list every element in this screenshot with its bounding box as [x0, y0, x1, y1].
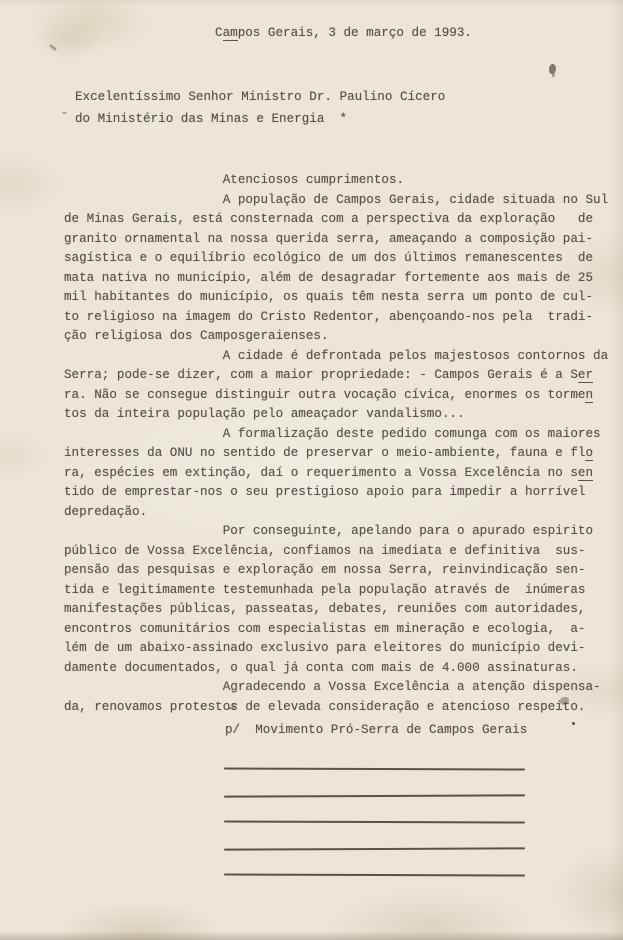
body-line: pensão das pesquisas e exploração em nos… — [64, 561, 608, 581]
ink-speck — [62, 112, 67, 114]
body-line: mata nativa no município, além de desagr… — [64, 269, 608, 289]
text-segment: Serra; pode-se dizer, com a maior propri… — [64, 368, 578, 382]
text-segment: lém de um abaixo-assinado exclusivo para… — [64, 641, 585, 655]
text-segment: Agradecendo a Vossa Excelência a atenção… — [64, 680, 601, 694]
body-line: tida e legitimamente testemunhada pela p… — [64, 581, 608, 601]
underlined-text: er — [578, 368, 593, 383]
text-segment: sagística e o equilíbrio ecológico de um… — [64, 251, 593, 265]
text-segment: pos Gerais, 3 de março de 1993. — [238, 26, 472, 40]
signature-line — [224, 873, 525, 876]
underlined-text: am — [223, 26, 238, 41]
body-line: de Minas Gerais, está consternada com a … — [64, 210, 608, 230]
body-line: ção religiosa dos Camposgeraienses. — [64, 327, 608, 347]
text-segment: tos da inteira população pelo ameaçador … — [64, 407, 465, 421]
body-line: A cidade é defrontada pelos majestosos c… — [64, 347, 608, 367]
body-line: mil habitantes do município, os quais tê… — [64, 288, 608, 308]
recipient-line: do Ministério das Minas e Energia * — [75, 108, 445, 130]
signature-line — [224, 794, 525, 797]
body-line: granito ornamental na nossa querida serr… — [64, 230, 608, 250]
body-line: Agradecendo a Vossa Excelência a atenção… — [64, 678, 608, 698]
body-line: interesses da ONU no sentido de preserva… — [64, 444, 608, 464]
text-segment: manifestações públicas, passeatas, debat… — [64, 602, 585, 616]
body-line: ra. Não se consegue distinguir outra voc… — [64, 386, 608, 406]
text-segment: ra, espécies em extinção, daí o requerim… — [64, 466, 578, 480]
ink-speck — [548, 63, 557, 74]
ink-speck — [572, 722, 575, 725]
body-line: A formalização deste pedido comunga com … — [64, 425, 608, 445]
text-segment: Atenciosos cumprimentos. — [64, 173, 404, 187]
text-segment: Por conseguinte, apelando para o apurado… — [64, 524, 593, 538]
text-segment: C — [215, 26, 223, 40]
body-line: Por conseguinte, apelando para o apurado… — [64, 522, 608, 542]
body-line: to religioso na imagem do Cristo Redento… — [64, 308, 608, 328]
text-segment: encontros comunitários com especialistas… — [64, 622, 585, 636]
text-segment: de Minas Gerais, está consternada com a … — [64, 212, 593, 226]
body-line: Serra; pode-se dizer, com a maior propri… — [64, 366, 608, 386]
body-line: manifestações públicas, passeatas, debat… — [64, 600, 608, 620]
text-segment: da, renovamos protestos de elevada consi… — [64, 700, 585, 714]
body-line: público de Vossa Excelência, confiamos n… — [64, 542, 608, 562]
text-segment: A formalização deste pedido comunga com … — [64, 427, 601, 441]
text-segment: damente documentados, o qual já conta co… — [64, 661, 578, 675]
text-segment: tido de emprestar-nos o seu prestigioso … — [64, 485, 585, 499]
underlined-text: o — [585, 446, 593, 461]
body-line: da, renovamos protestos de elevada consi… — [64, 698, 608, 718]
date-line: Campos Gerais, 3 de março de 1993. — [215, 24, 472, 44]
body-line: encontros comunitários com especialistas… — [64, 620, 608, 640]
signature-line — [224, 847, 525, 850]
text-segment: ra. Não se consegue distinguir outra voc… — [64, 388, 585, 402]
text-segment: mil habitantes do município, os quais tê… — [64, 290, 593, 304]
body-line: damente documentados, o qual já conta co… — [64, 659, 608, 679]
scanned-letter-page: Campos Gerais, 3 de março de 1993. Excel… — [0, 0, 623, 940]
text-segment: interesses da ONU no sentido de preserva… — [64, 446, 585, 460]
recipient-block: Excelentíssimo Senhor Ministro Dr. Pauli… — [75, 86, 445, 130]
text-segment: A cidade é defrontada pelos majestosos c… — [64, 349, 608, 363]
text-segment: to religioso na imagem do Cristo Redento… — [64, 310, 593, 324]
text-segment: público de Vossa Excelência, confiamos n… — [64, 544, 585, 558]
recipient-line: Excelentíssimo Senhor Ministro Dr. Pauli… — [75, 86, 445, 108]
text-segment: pensão das pesquisas e exploração em nos… — [64, 563, 585, 577]
signature-line — [224, 767, 525, 770]
signature-line — [224, 820, 525, 823]
text-segment: granito ornamental na nossa querida serr… — [64, 232, 593, 246]
body-line: ra, espécies em extinção, daí o requerim… — [64, 464, 608, 484]
underlined-text: en — [578, 466, 593, 481]
text-segment: tida e legitimamente testemunhada pela p… — [64, 583, 585, 597]
signature-attribution: p/ Movimento Pró-Serra de Campos Gerais — [225, 721, 527, 741]
text-segment: A população de Campos Gerais, cidade sit… — [64, 193, 608, 207]
body-line: Atenciosos cumprimentos. — [64, 171, 608, 191]
letter-body: Atenciosos cumprimentos. A população de … — [64, 171, 608, 717]
body-line: A população de Campos Gerais, cidade sit… — [64, 191, 608, 211]
text-segment: mata nativa no município, além de desagr… — [64, 271, 593, 285]
body-line: depredação. — [64, 503, 608, 523]
body-line: sagística e o equilíbrio ecológico de um… — [64, 249, 608, 269]
underlined-text: n — [585, 388, 593, 403]
text-segment: depredação. — [64, 505, 147, 519]
body-line: lém de um abaixo-assinado exclusivo para… — [64, 639, 608, 659]
ink-speck — [49, 44, 57, 51]
body-line: tido de emprestar-nos o seu prestigioso … — [64, 483, 608, 503]
text-segment: ção religiosa dos Camposgeraienses. — [64, 329, 329, 343]
body-line: tos da inteira população pelo ameaçador … — [64, 405, 608, 425]
